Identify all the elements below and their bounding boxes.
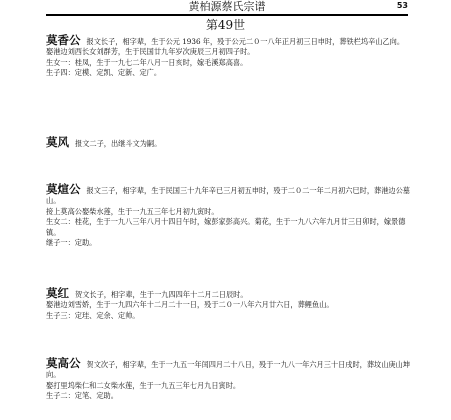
entry-text: 生子三：定珪、定余、定帅。 (46, 311, 416, 321)
entry-text: 接上莫高公娶柴水莲，生于一九五三年七月初九寅时。 (46, 207, 416, 217)
page-number: 53 (397, 1, 408, 10)
entry-text: 报文二子，出继斗文为嗣。 (75, 139, 161, 148)
genealogy-entry: 莫风报文二子，出继斗文为嗣。 (46, 137, 416, 149)
entry-text: 继子一：定助。 (46, 238, 416, 248)
genealogy-entry: 莫香公报文长子，相字辈，生于公元 1936 年，殁于公元二０一八年正月初三日申时… (46, 35, 416, 79)
page-header: 黄柏源蔡氏宗谱 53 (46, 0, 408, 14)
entry-text: 娶港边刘西长女刘群芳，生于民国廿九年岁次庚辰三月初四子时。 (46, 47, 416, 57)
entry-text: 娶港边刘雪娇，生于一九四六年十二月二十一日，殁于二０一八年六月廿六日，葬鲤鱼山。 (46, 300, 416, 310)
person-name: 莫风 (46, 135, 69, 149)
person-name: 莫煊公 (46, 182, 81, 196)
entry-text: 报文三子，相字辈，生于民国三十九年辛已三月初五申时，殁于二０二一年二月初六巳时，… (46, 186, 410, 205)
book-title: 黄柏源蔡氏宗谱 (46, 1, 408, 13)
entry-text: 娶打里坞柴仁和二女柴水莲，生于一九五三年七月九日寅时。 (46, 381, 416, 391)
header-rule (46, 14, 408, 16)
entry-text: 生女二：桂花，生于一九八三年八月十四日午时，嫁彭家彭高兴。菊花，生于一九八六年九… (46, 217, 416, 238)
person-name: 莫香公 (46, 33, 81, 47)
genealogy-entry: 莫高公贺文次子，相字辈，生于一九五一年闰四月二十八日，殁于一九八一年六月三十日戌… (46, 358, 416, 402)
genealogy-entry: 莫煊公报文三子，相字辈，生于民国三十九年辛已三月初五申时，殁于二０二一年二月初六… (46, 184, 416, 248)
person-name: 莫红 (46, 286, 69, 300)
person-name: 莫高公 (46, 356, 81, 370)
genealogy-entry: 莫红贺文长子，相字辈，生于一九四四年十二月二日辰时。 娶港边刘雪娇，生于一九四六… (46, 288, 416, 321)
entry-text: 生女一：桂凤，生于一九七二年八月一日亥时，嫁毛溪郑高喜。 (46, 58, 306, 68)
generation-title: 第49世 (0, 18, 451, 32)
entry-text: 报文长子，相字辈，生于公元 1936 年，殁于公元二０一八年正月初三日申时，葬铁… (87, 37, 405, 46)
entry-text: 贺文长子，相字辈，生于一九四四年十二月二日辰时。 (75, 290, 248, 299)
entry-text: 生子四：定模、定凯、定新、定广。 (46, 68, 416, 78)
entry-text: 生子二：定笔、定助。 (46, 391, 416, 401)
entry-text: 贺文次子，相字辈，生于一九五一年闰四月二十八日，殁于一九八一年六月三十日戌时，葬… (46, 360, 410, 379)
